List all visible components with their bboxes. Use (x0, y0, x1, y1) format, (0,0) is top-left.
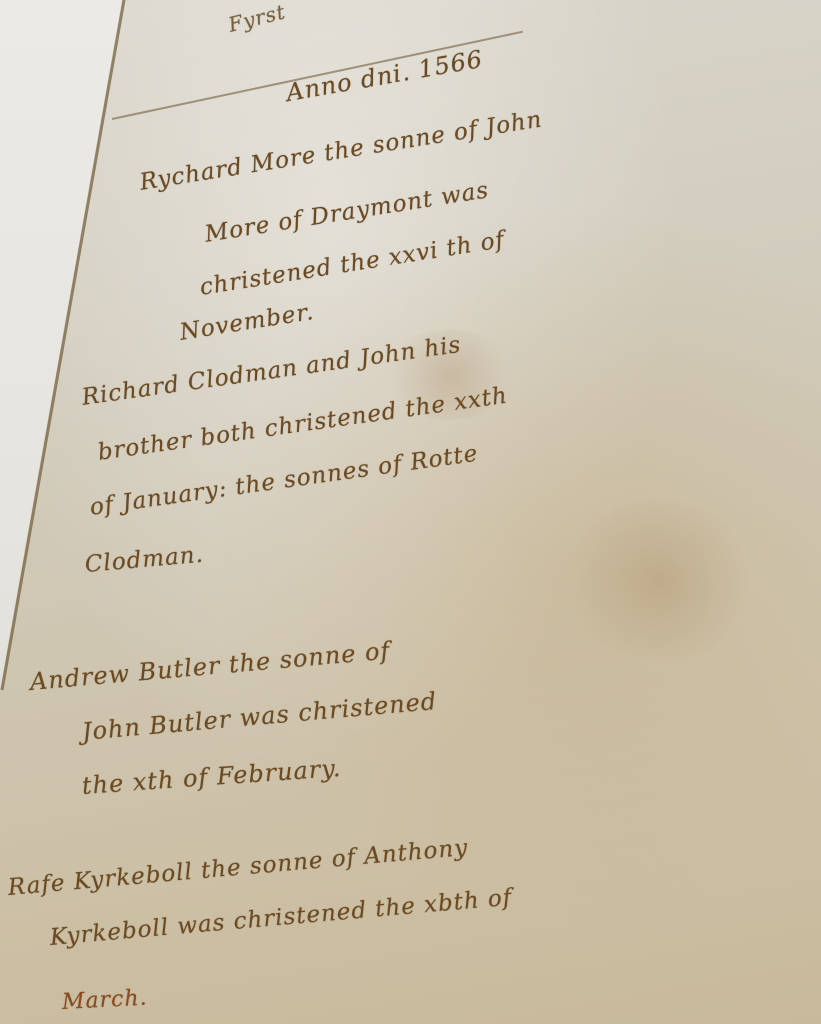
entry-line: March. (61, 986, 148, 1015)
ink-stain (560, 500, 760, 660)
